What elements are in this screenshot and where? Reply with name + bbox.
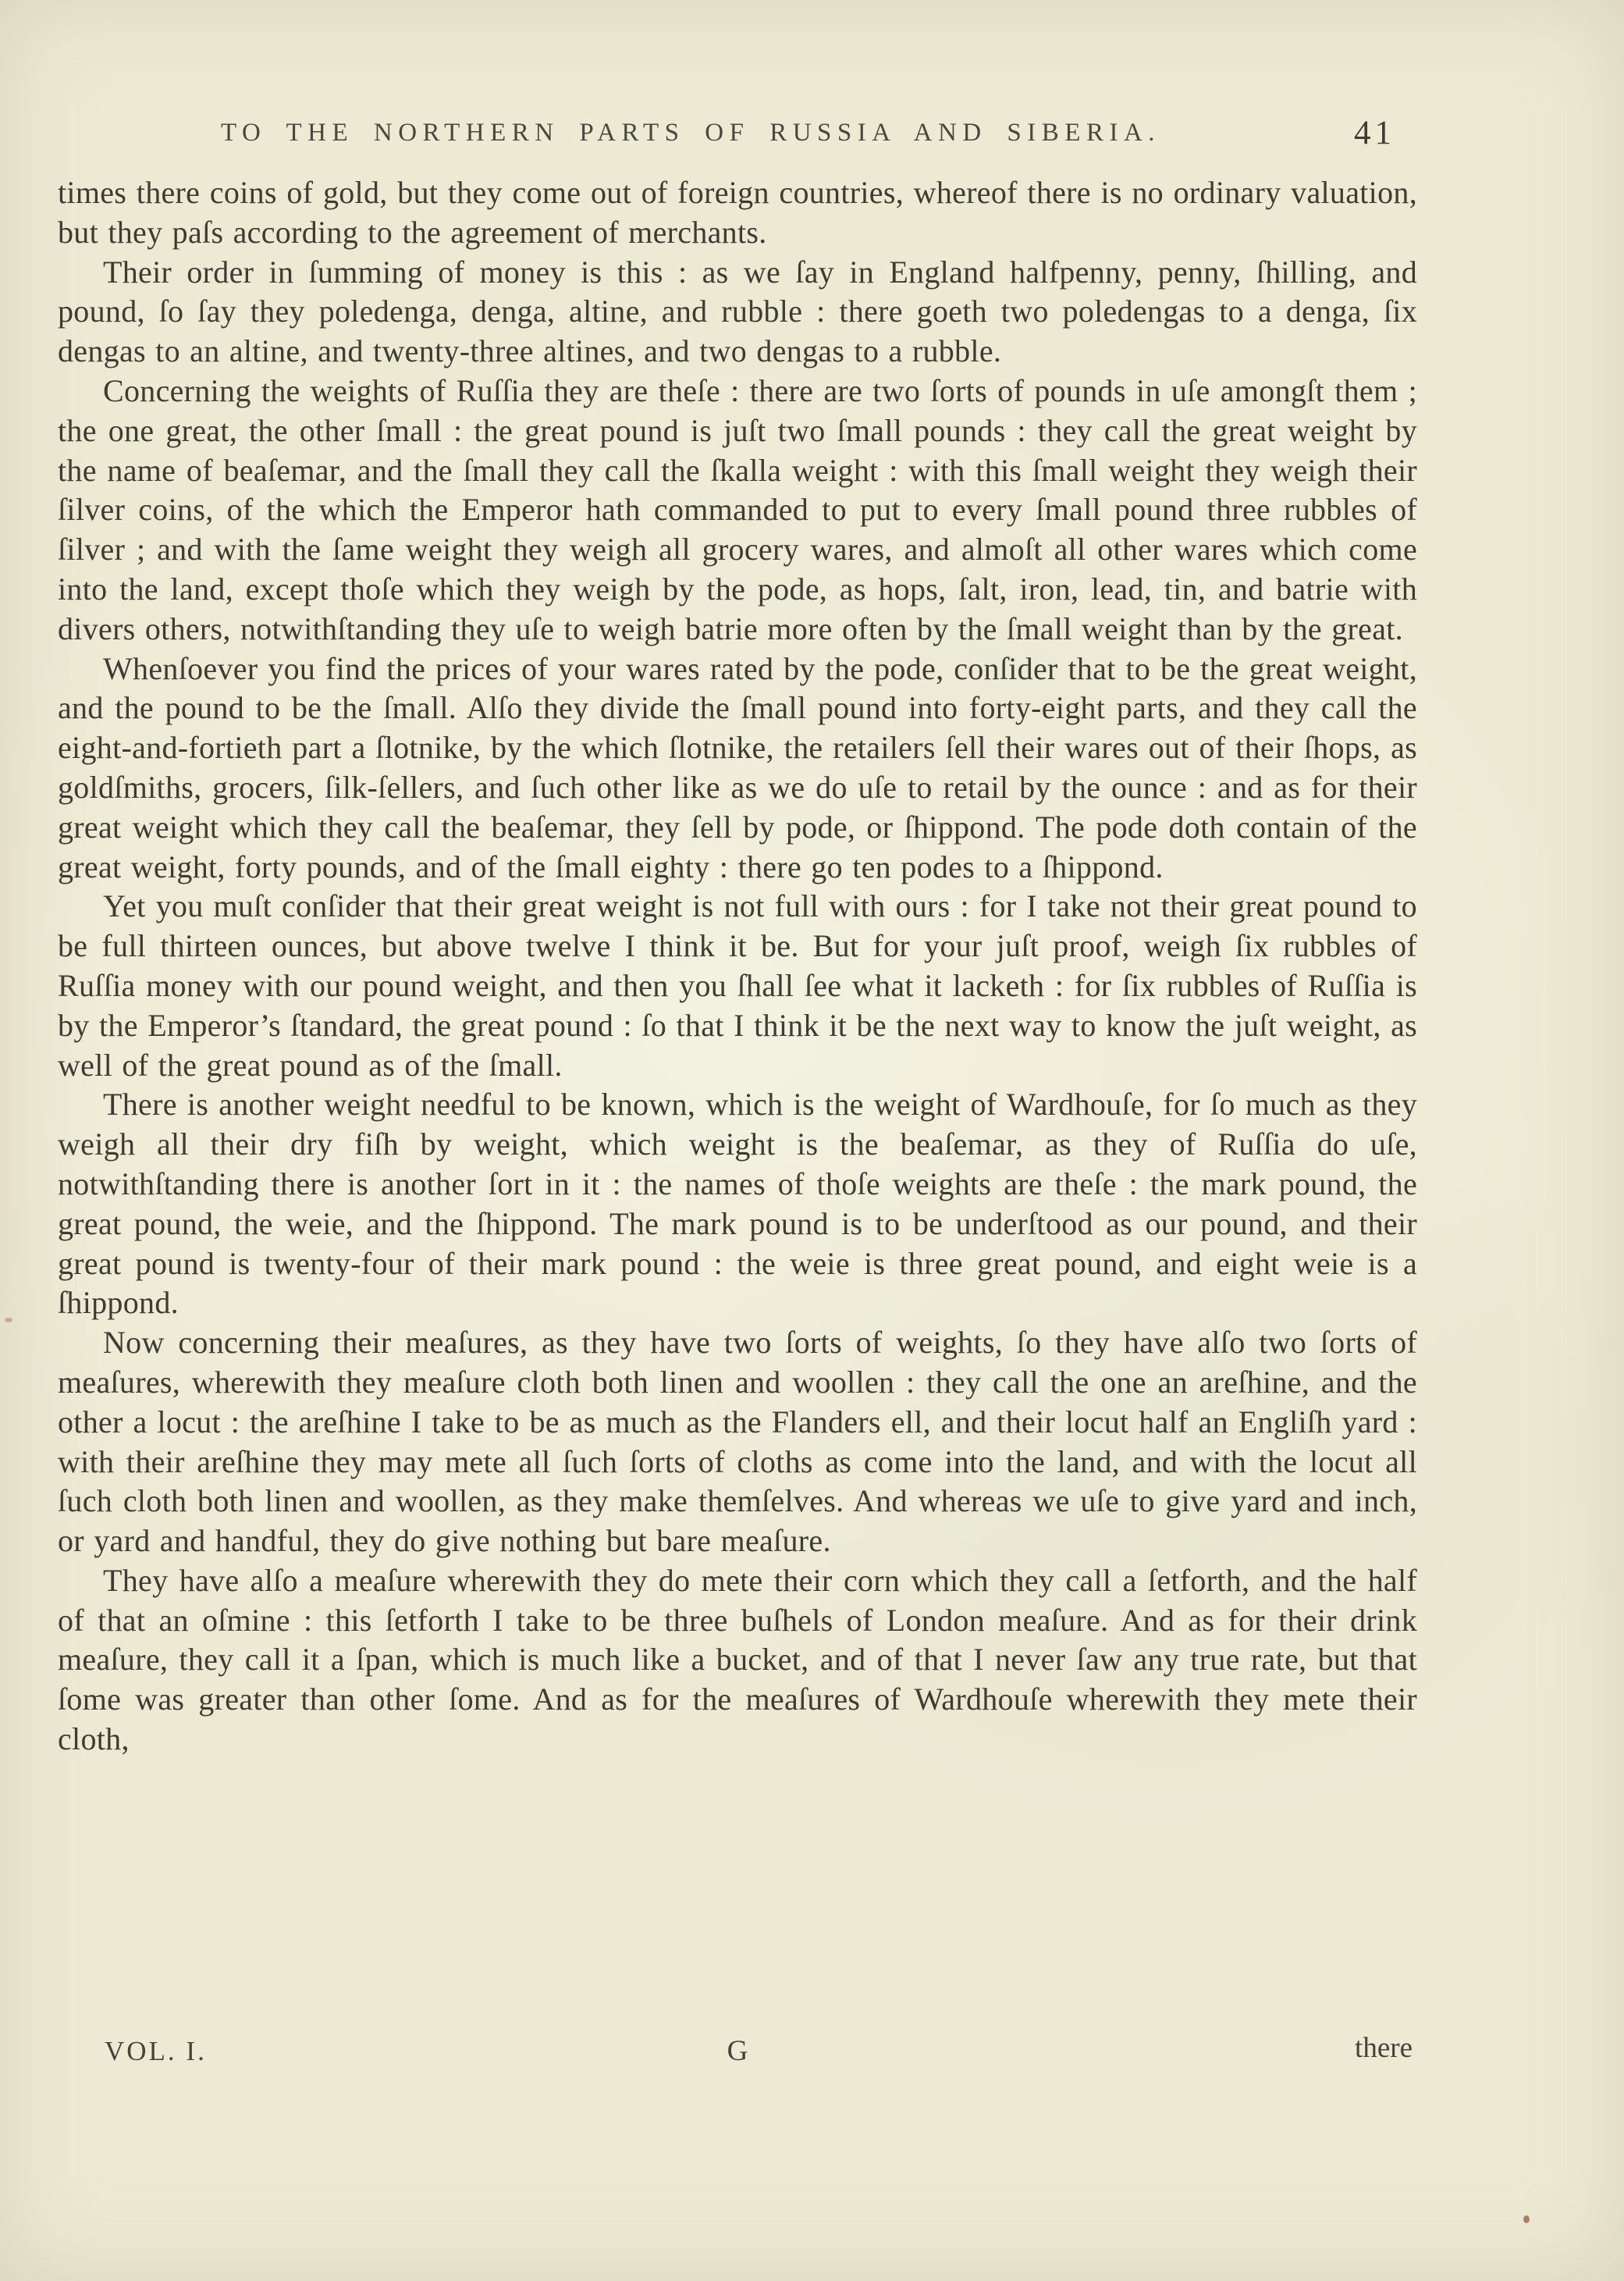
- body-text: times there coins of gold, but they come…: [58, 173, 1417, 1760]
- paragraph: There is another weight needful to be kn…: [58, 1085, 1417, 1323]
- paragraph: Whenſoever you find the prices of your w…: [58, 649, 1417, 888]
- paragraph: times there coins of gold, but they come…: [58, 173, 1417, 253]
- signature-mark: G: [727, 2034, 748, 2068]
- book-page: TO THE NORTHERN PARTS OF RUSSIA AND SIBE…: [0, 0, 1624, 2281]
- catchword: there: [1355, 2031, 1413, 2065]
- paper-speck: [1523, 2215, 1530, 2223]
- volume-label: VOL. I.: [105, 2036, 207, 2067]
- paragraph: Their order in ſumming of money is this …: [58, 253, 1417, 372]
- page-header: TO THE NORTHERN PARTS OF RUSSIA AND SIBE…: [58, 119, 1417, 162]
- paper-speck: [5, 1318, 12, 1322]
- paragraph: Concerning the weights of Ruſſia they ar…: [58, 372, 1417, 649]
- paragraph: They have alſo a meaſure wherewith they …: [58, 1561, 1417, 1760]
- paragraph: Yet you muſt conſider that their great w…: [58, 887, 1417, 1085]
- page-footer: VOL. I. G there: [58, 2034, 1417, 2081]
- running-title: TO THE NORTHERN PARTS OF RUSSIA AND SIBE…: [58, 119, 1417, 148]
- page-number: 41: [1354, 114, 1395, 152]
- paragraph: Now concerning their meaſures, as they h…: [58, 1323, 1417, 1561]
